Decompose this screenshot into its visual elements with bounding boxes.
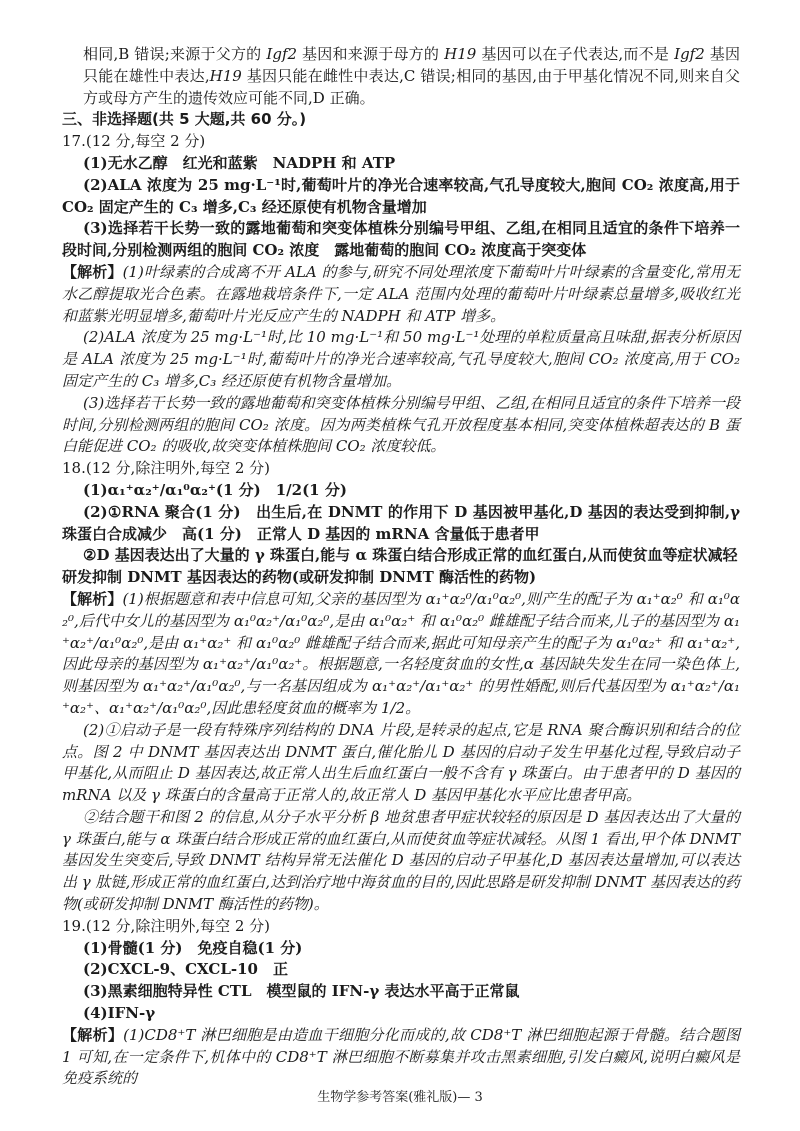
text-run: 基因和来源于母方的 <box>297 45 444 63</box>
text-run: (1)无水乙醇 红光和蓝紫 NADPH 和 ATP <box>83 154 395 172</box>
text-run: H19 <box>444 45 476 63</box>
text-run: 基因可以在子代表达,而不是 <box>476 45 674 63</box>
text-run: (2)ALA 浓度为 25 mg·L⁻¹时,比 10 mg·L⁻¹和 50 mg… <box>62 328 740 390</box>
q18-answer-1: (1)α₁⁺α₂⁺/α₁⁰α₂⁺(1 分) 1/2(1 分) <box>62 480 740 502</box>
text-run: (3)黑素细胞特异性 CTL 模型鼠的 IFN-γ 表达水平高于正常鼠 <box>83 982 519 1000</box>
text-run: ②结合题干和图 2 的信息,从分子水平分析 β 地贫患者甲症状较轻的原因是 D … <box>62 808 740 913</box>
q18-analysis-2-2: ②结合题干和图 2 的信息,从分子水平分析 β 地贫患者甲症状较轻的原因是 D … <box>62 807 740 916</box>
text-run: H19 <box>210 67 242 85</box>
q18-answer-2-1: (2)①RNA 聚合(1 分) 出生后,在 DNMT 的作用下 D 基因被甲基化… <box>62 502 740 546</box>
analysis-label: 【解析】 <box>62 590 122 608</box>
text-run: Igf2 <box>266 45 297 63</box>
q17-answer-3: (3)选择若干长势一致的露地葡萄和突变体植株分别编号甲组、乙组,在相同且适宜的条… <box>62 218 740 262</box>
text-run: 相同,B 错误;来源于父方的 <box>83 45 266 63</box>
document-page: 相同,B 错误;来源于父方的 Igf2 基因和来源于母方的 H19 基因可以在子… <box>0 0 800 1131</box>
q17-analysis-3: (3)选择若干长势一致的露地葡萄和突变体植株分别编号甲组、乙组,在相同且适宜的条… <box>62 393 740 458</box>
footer-text: 生物学参考答案(雅礼版)— 3 <box>317 1090 483 1105</box>
text-run: 三、非选择题(共 5 大题,共 60 分。) <box>62 110 306 128</box>
text-run: (2)①启动子是一段有特殊序列结构的 DNA 片段,是转录的起点,它是 RNA … <box>62 721 740 804</box>
analysis-label: 【解析】 <box>62 1026 123 1044</box>
q19-answer-1: (1)骨髓(1 分) 免疫自稳(1 分) <box>62 938 740 960</box>
q16-analysis-continuation: 相同,B 错误;来源于父方的 Igf2 基因和来源于母方的 H19 基因可以在子… <box>62 44 740 109</box>
q17-analysis-2: (2)ALA 浓度为 25 mg·L⁻¹时,比 10 mg·L⁻¹和 50 mg… <box>62 327 740 392</box>
text-run: (2)CXCL-9、CXCL-10 正 <box>83 960 288 978</box>
text-run: 18.(12 分,除注明外,每空 2 分) <box>62 459 270 477</box>
text-run: 研发抑制 DNMT 基因表达的药物(或研发抑制 DNMT 酶活性的药物) <box>62 568 536 586</box>
q17-analysis-1: 【解析】(1)叶绿素的合成离不开 ALA 的参与,研究不同处理浓度下葡萄叶片叶绿… <box>62 262 740 327</box>
text-run: 17.(12 分,每空 2 分) <box>62 132 205 150</box>
q17-answer-2: (2)ALA 浓度为 25 mg·L⁻¹时,葡萄叶片的净光合速率较高,气孔导度较… <box>62 175 740 219</box>
text-run: (2)①RNA 聚合(1 分) 出生后,在 DNMT 的作用下 D 基因被甲基化… <box>62 503 740 543</box>
q18-header: 18.(12 分,除注明外,每空 2 分) <box>62 458 740 480</box>
q17-answer-1: (1)无水乙醇 红光和蓝紫 NADPH 和 ATP <box>62 153 740 175</box>
q19-answer-4: (4)IFN-γ <box>62 1003 740 1025</box>
text-run: (1)叶绿素的合成离不开 ALA 的参与,研究不同处理浓度下葡萄叶片叶绿素的含量… <box>62 263 740 325</box>
q18-analysis-2-1: (2)①启动子是一段有特殊序列结构的 DNA 片段,是转录的起点,它是 RNA … <box>62 720 740 807</box>
q18-analysis-1: 【解析】(1)根据题意和表中信息可知,父亲的基因型为 α₁⁺α₂⁰/α₁⁰α₂⁰… <box>62 589 740 720</box>
text-run: ②D 基因表达出了大量的 γ 珠蛋白,能与 α 珠蛋白结合形成正常的血红蛋白,从… <box>83 546 737 564</box>
answer-sheet-content: 相同,B 错误;来源于父方的 Igf2 基因和来源于母方的 H19 基因可以在子… <box>62 44 740 1090</box>
q19-answer-3: (3)黑素细胞特异性 CTL 模型鼠的 IFN-γ 表达水平高于正常鼠 <box>62 981 740 1003</box>
text-run: (1)α₁⁺α₂⁺/α₁⁰α₂⁺(1 分) 1/2(1 分) <box>83 481 347 499</box>
text-run: (3)选择若干长势一致的露地葡萄和突变体植株分别编号甲组、乙组,在相同且适宜的条… <box>62 219 740 259</box>
section-heading: 三、非选择题(共 5 大题,共 60 分。) <box>62 109 740 131</box>
text-run: 19.(12 分,除注明外,每空 2 分) <box>62 917 270 935</box>
page-footer: 生物学参考答案(雅礼版)— 3 <box>0 1086 800 1105</box>
text-run: (2)ALA 浓度为 25 mg·L⁻¹时,葡萄叶片的净光合速率较高,气孔导度较… <box>62 176 740 216</box>
text-run: (1)骨髓(1 分) 免疫自稳(1 分) <box>83 939 302 957</box>
text-run: (3)选择若干长势一致的露地葡萄和突变体植株分别编号甲组、乙组,在相同且适宜的条… <box>62 394 740 456</box>
q19-analysis-1: 【解析】(1)CD8⁺T 淋巴细胞是由造血干细胞分化而成的,故 CD8⁺T 淋巴… <box>62 1025 740 1090</box>
text-run: (4)IFN-γ <box>83 1004 155 1022</box>
q18-answer-2-2: ②D 基因表达出了大量的 γ 珠蛋白,能与 α 珠蛋白结合形成正常的血红蛋白,从… <box>62 545 740 567</box>
q19-answer-2: (2)CXCL-9、CXCL-10 正 <box>62 959 740 981</box>
analysis-label: 【解析】 <box>62 263 123 281</box>
q18-answer-2-3: 研发抑制 DNMT 基因表达的药物(或研发抑制 DNMT 酶活性的药物) <box>62 567 740 589</box>
q17-header: 17.(12 分,每空 2 分) <box>62 131 740 153</box>
text-run: Igf2 <box>674 45 705 63</box>
text-run: (1)根据题意和表中信息可知,父亲的基因型为 α₁⁺α₂⁰/α₁⁰α₂⁰,则产生… <box>62 590 740 717</box>
q19-header: 19.(12 分,除注明外,每空 2 分) <box>62 916 740 938</box>
text-run: (1)CD8⁺T 淋巴细胞是由造血干细胞分化而成的,故 CD8⁺T 淋巴细胞起源… <box>62 1026 740 1088</box>
